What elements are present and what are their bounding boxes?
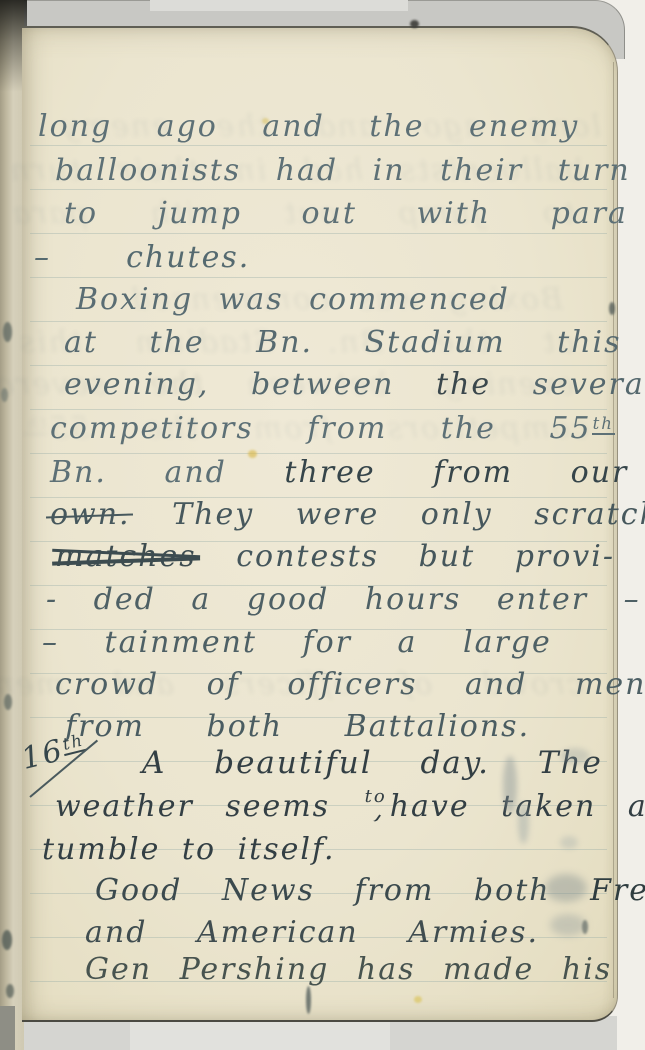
handwriting-line: Gen Pershing has made his — [85, 955, 612, 985]
handwriting-segment: Gen Pershing has made his — [85, 952, 612, 987]
stain-mark — [262, 118, 269, 124]
handwriting-line: and American Armies. — [85, 918, 539, 948]
handwriting-line: balloonists had in their turn — [55, 156, 631, 186]
stain-mark — [410, 20, 419, 28]
handwriting-line: matches contests but provi- — [55, 542, 615, 572]
handwriting-segment: from both Battalions. — [65, 709, 530, 744]
handwriting-segment: They were only scratch — [131, 497, 645, 532]
cover-edge-bottom-left — [0, 1006, 15, 1050]
stain-mark — [560, 748, 590, 764]
stain-mark — [4, 694, 12, 710]
handwriting-segment: Boxing was commenced — [76, 282, 510, 317]
handwriting-line: weather seems tohave taken a — [55, 792, 645, 822]
handwriting-segment: and American Armies. — [85, 915, 539, 950]
stain-mark — [248, 450, 257, 458]
handwriting-segment: contests but provi- — [197, 539, 615, 574]
handwriting-segment: to — [365, 788, 387, 806]
stain-mark — [2, 930, 12, 950]
handwriting-segment: 55 — [549, 411, 591, 446]
handwriting-segment: weather seems — [55, 789, 362, 824]
handwriting-line: - ded a good hours enter – — [46, 585, 641, 615]
stain-mark — [6, 984, 14, 998]
handwriting-segment: crowd of officers and men — [55, 667, 645, 702]
stain-mark — [503, 756, 517, 814]
handwriting-segment: competitors from the — [50, 411, 549, 446]
stain-mark — [3, 322, 12, 342]
handwriting-segment: long ago and the enemy — [38, 109, 579, 144]
handwriting-segment: evening, between — [64, 367, 436, 402]
handwriting-line: from both Battalions. — [65, 712, 530, 742]
handwriting-segment: the — [436, 367, 491, 402]
handwriting-segment: th — [592, 414, 615, 435]
handwriting-segment: own. — [50, 497, 131, 532]
handwriting-segment: Bn. and — [50, 455, 284, 490]
stain-mark — [609, 302, 615, 315]
handwriting-segment: balloonists had in their turn — [55, 153, 631, 188]
handwriting-segment: – tainment for a large — [42, 625, 552, 660]
page-edge-stack — [0, 0, 24, 1050]
handwriting-segment: - ded a good hours enter – — [46, 582, 641, 617]
handwriting-line: tumble to itself. — [42, 835, 336, 865]
handwriting-segment: three from our — [284, 455, 628, 490]
cover-tab — [150, 0, 408, 11]
handwriting-segment: at the Bn. Stadium this — [64, 325, 622, 360]
handwriting-segment: A beautiful day. The — [142, 745, 603, 781]
handwriting-segment: to jump out with para — [64, 196, 628, 231]
handwriting-line: – chutes. — [34, 243, 250, 273]
handwriting-line: evening, between the several — [64, 370, 645, 400]
stain-mark — [545, 874, 587, 902]
handwriting-segment: – chutes. — [34, 240, 250, 275]
handwriting-line: crowd of officers and men — [55, 670, 645, 700]
handwriting-segment: Good News from both — [95, 873, 590, 908]
handwriting-line: long ago and the enemy — [38, 112, 579, 142]
stain-mark — [306, 986, 311, 1014]
handwriting-line: competitors from the 55th — [50, 414, 615, 444]
scanned-notebook: long ago and the enemyballoonists had in… — [0, 0, 645, 1050]
stain-mark — [560, 836, 578, 849]
handwriting-line: A beautiful day. The — [142, 748, 603, 779]
stain-mark — [550, 914, 586, 936]
handwriting-segment: matches — [55, 539, 197, 574]
stain-mark — [582, 920, 588, 934]
handwriting-line: own. They were only scratch — [50, 500, 645, 530]
handwriting-line: Bn. and three from our — [50, 458, 628, 488]
handwriting-line: – tainment for a large — [42, 628, 552, 658]
handwriting-line: Boxing was commenced — [76, 285, 510, 315]
stain-mark — [414, 996, 422, 1003]
handwriting-segment: tumble to itself. — [42, 832, 336, 867]
stain-mark — [1, 388, 8, 402]
handwriting-segment: French — [590, 873, 645, 908]
handwriting-line: to jump out with para — [64, 199, 628, 229]
handwriting-line: at the Bn. Stadium this — [64, 328, 622, 358]
stain-mark — [518, 802, 529, 844]
handwriting-segment: several — [491, 367, 645, 402]
